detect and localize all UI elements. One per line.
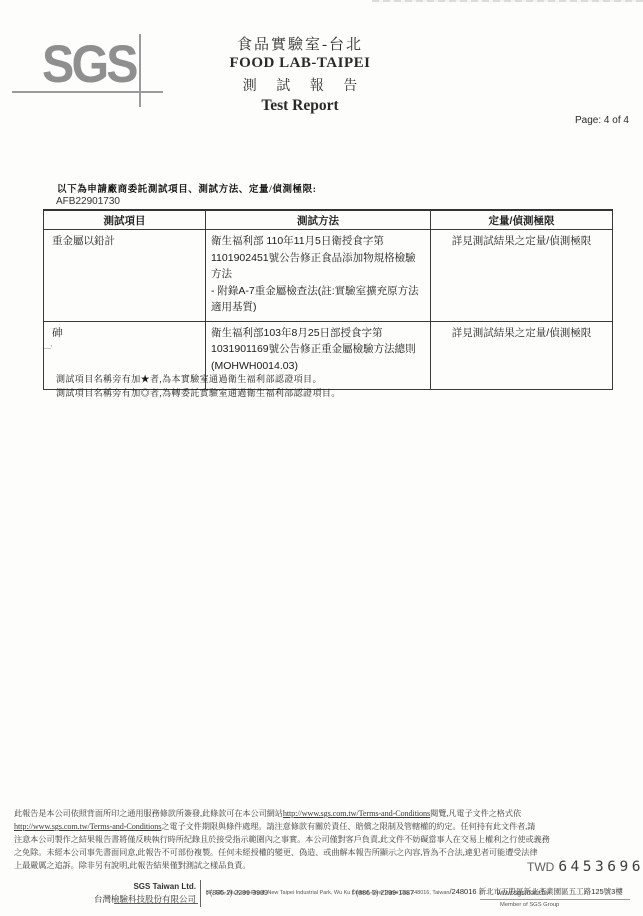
table-row: 重金屬以鉛計 衛生福利部 110年11月5日衛授食字第 1101902451號公… xyxy=(44,230,613,322)
terms-url: http://www.sgs.com.tw/Terms-and-Conditio… xyxy=(283,809,430,818)
scan-ink-artifact: —' xyxy=(44,345,52,352)
scan-smudge-artifact xyxy=(372,0,643,2)
company-name-en: SGS Taiwan Ltd. xyxy=(70,882,196,891)
footer-company-block: SGS Taiwan Ltd. 台灣檢驗科技股份有限公司 xyxy=(70,882,196,905)
report-title-zh: 測 試 報 告 xyxy=(110,75,490,95)
limit-heavy-metals: 詳見測試結果之定量/偵測極限 xyxy=(431,230,613,322)
footer-divider xyxy=(200,880,201,907)
company-underline xyxy=(114,903,198,904)
document-serial: TWD 6453696 xyxy=(527,858,643,876)
footnote-star: 測試項目名稱旁有加★者,為本實驗室通過衛生福利部認證項目。 xyxy=(56,373,341,387)
test-methods-table: 測試項目 測試方法 定量/偵測極限 重金屬以鉛計 衛生福利部 110年11月5日… xyxy=(43,209,613,390)
test-method-heavy-metals: 衛生福利部 110年11月5日衛授食字第 1101902451號公告修正食品添加… xyxy=(206,230,431,322)
footer-fax: f (886-2) 2299-1687 xyxy=(352,890,414,897)
legal-text: 之電子文件期限與條件處理。請注意條款有關於責任、賠償之限制及管轄權的約定。任何持… xyxy=(161,822,535,831)
col-header-test-item: 測試項目 xyxy=(44,210,206,230)
lab-title-en: FOOD LAB-TAIPEI xyxy=(110,55,490,72)
col-header-limit: 定量/偵測極限 xyxy=(431,210,613,230)
footnotes: 測試項目名稱旁有加★者,為本實驗室通過衛生福利部認證項目。 測試項目名稱旁有加◎… xyxy=(56,373,341,400)
footer-address: 3F, 125, Wu Kung Road, New Taipei Indust… xyxy=(206,881,640,899)
legal-line-2: http://www.sgs.com.tw/Terms-and-Conditio… xyxy=(14,821,634,834)
member-of-sgs-group: Member of SGS Group xyxy=(500,902,559,908)
col-header-test-method: 測試方法 xyxy=(206,210,431,230)
lab-title-zh: 食品實驗室-台北 xyxy=(110,33,490,54)
table-header-row: 測試項目 測試方法 定量/偵測極限 xyxy=(44,210,613,230)
legal-line-3: 注意本公司製作之結果報告書將僅反映執行時所紀錄且於接受指示範圍內之事實。本公司僅… xyxy=(14,834,634,847)
footer-telephone: t (886-2) 2299-3939 xyxy=(206,890,268,897)
legal-line-1: 此報告是本公司依照背面所印之通用服務條款所簽發,此條款可在本公司網站http:/… xyxy=(14,808,634,821)
serial-prefix: TWD xyxy=(527,860,554,874)
legal-text: 閱覽,凡電子文件之格式依 xyxy=(430,809,521,818)
page-indicator: Page: 4 of 4 xyxy=(575,115,629,126)
report-title-en: Test Report xyxy=(110,97,490,115)
serial-number: 6453696 xyxy=(558,859,643,875)
footer-website: www.sgs.com.tw xyxy=(497,890,549,897)
test-item-heavy-metals: 重金屬以鉛計 xyxy=(44,230,206,322)
legal-text: 此報告是本公司依照背面所印之通用服務條款所簽發,此條款可在本公司網站 xyxy=(14,809,283,818)
test-report-page: SGS 食品實驗室-台北 FOOD LAB-TAIPEI 測 試 報 告 Tes… xyxy=(0,0,643,916)
limit-arsenic: 詳見測試結果之定量/偵測極限 xyxy=(431,321,613,389)
report-header: 食品實驗室-台北 FOOD LAB-TAIPEI 測 試 報 告 Test Re… xyxy=(110,33,490,115)
footnote-circle: 測試項目名稱旁有加◎者,為轉委託實驗室通過衛生福利部認證項目。 xyxy=(56,387,341,401)
terms-url: http://www.sgs.com.tw/Terms-and-Conditio… xyxy=(14,822,161,831)
report-number: AFB22901730 xyxy=(56,196,120,207)
intro-statement: 以下為申請廠商委託測試項目、測試方法、定量/偵測極限: xyxy=(57,181,317,195)
footer-website-rule xyxy=(480,899,630,900)
